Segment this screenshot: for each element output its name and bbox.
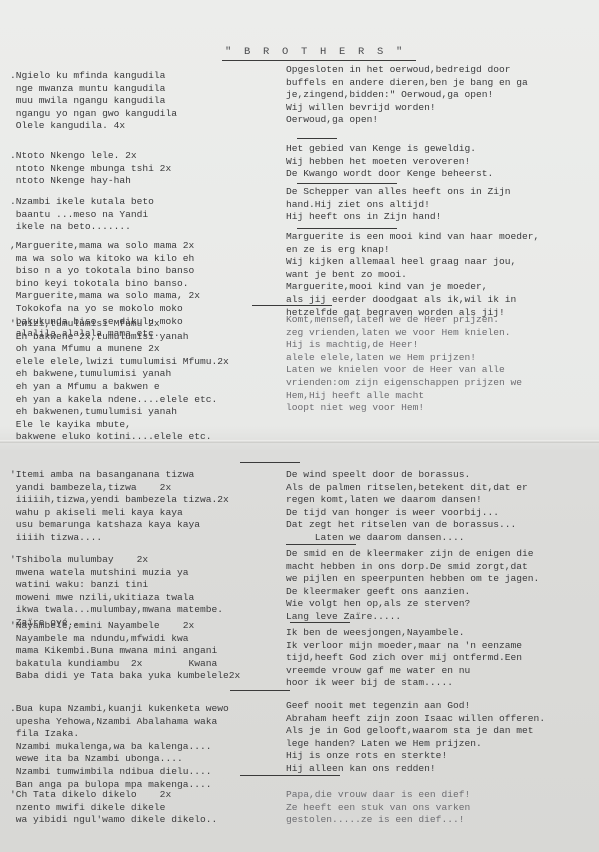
verse-line: Olele kangudila. 4x — [10, 120, 177, 133]
verse-line: elele elele,lwizi tumulumisi Mfumu.2x — [10, 356, 229, 369]
translation-line: regen komt,laten we daarom dansen! — [286, 494, 528, 507]
translation-line: zeg vrienden,laten we voor Hem knielen. — [286, 327, 522, 340]
dutch-translation: Opgesloten in het oerwoud,bedreigd doorb… — [286, 64, 528, 127]
verse-line: moweni mwe nzili,ukitiaza twala — [10, 592, 223, 605]
verse-line: eh bakwene,tumulumisi yanah — [10, 368, 229, 381]
section-divider — [286, 544, 356, 545]
verse-line: oh yana Mfumu a munene 2x — [10, 343, 229, 356]
translation-line: Abraham heeft zijn zoon Isaac willen off… — [286, 713, 545, 726]
verse-line: Ele le kayika mbute, — [10, 419, 229, 432]
section-divider — [240, 462, 300, 463]
verse-line: nge mwanza muntu kangudila — [10, 83, 177, 96]
verse-line: fila Izaka. — [10, 728, 229, 741]
document-title: " B R O T H E R S " — [222, 46, 416, 61]
verse-line: ikwa twala...mulumbay,mwana matembe. — [10, 604, 223, 617]
verse-line: iiiiih,tizwa,yendi bambezela tizwa.2x — [10, 494, 229, 507]
translation-line: Als je in God gelooft,waarom sta je dan … — [286, 725, 545, 738]
verse-line: bakwene eluko kotini....elele etc. — [10, 431, 229, 444]
verse-line: Nzambi mukalenga,wa ba kalenga.... — [10, 741, 229, 754]
lingala-verse: 'Tshibola mulumbay 2x mwena watela mutsh… — [10, 554, 223, 630]
verse-line: ntoto Nkenge hay-hah — [10, 175, 171, 188]
verse-line: upesha Yehowa,Nzambi Abalahama waka — [10, 716, 229, 729]
translation-line: De Kwango wordt door Kenge beheerst. — [286, 168, 493, 181]
translation-line: Laten we knielen voor de Heer van alle — [286, 364, 522, 377]
dutch-translation: Het gebied van Kenge is geweldig.Wij heb… — [286, 143, 493, 181]
verse-line: baantu ...meso na Yandi — [10, 209, 154, 222]
lingala-verse: .Ntoto Nkengo lele. 2x ntoto Nkenge mbun… — [10, 150, 171, 188]
verse-line: .Bua kupa Nzambi,kuanji kukenketa wewo — [10, 703, 229, 716]
verse-line: 'Nayambele,emini Nayambele 2x — [10, 620, 240, 633]
verse-line: muu mwila ngangu kangudila — [10, 95, 177, 108]
verse-line: .Ntoto Nkengo lele. 2x — [10, 150, 171, 163]
translation-line: Opgesloten in het oerwoud,bedreigd door — [286, 64, 528, 77]
translation-line: Hij heeft ons in Zijn hand! — [286, 211, 511, 224]
lingala-verse: .Bua kupa Nzambi,kuanji kukenketa wewo u… — [10, 703, 229, 791]
translation-line: Oerwoud,ga open! — [286, 114, 528, 127]
translation-line: De Schepper van alles heeft ons in Zijn — [286, 186, 511, 199]
translation-line: macht hebben in ons dorp.De smid zorgt,d… — [286, 561, 539, 574]
verse-line: ,Marguerite,mama wa solo mama 2x — [10, 240, 200, 253]
section-divider — [297, 183, 397, 184]
translation-line: tijd,heeft God zich over mij ontfermd.Ee… — [286, 652, 522, 665]
section-divider — [290, 622, 350, 623]
verse-line: .Nzambi ikele kutala beto — [10, 196, 154, 209]
verse-line: Nzambi tumwimbila ndibua dielu.... — [10, 766, 229, 779]
dutch-translation: Papa,die vrouw daar is een dief!Ze heeft… — [286, 789, 470, 827]
translation-line: hoor ik weer bij de stam..... — [286, 677, 522, 690]
translation-line: De wind speelt door de borassus. — [286, 469, 528, 482]
translation-line: Als de palmen ritselen,betekent dit,dat … — [286, 482, 528, 495]
section-divider — [230, 690, 290, 691]
translation-line: Dat zegt het ritselen van de borassus... — [286, 519, 528, 532]
verse-line: mama Kikembi.Buna mwana mini angani — [10, 645, 240, 658]
verse-line: wewe ita ba Nzambi ubonga.... — [10, 753, 229, 766]
verse-line: watini waku: banzi tini — [10, 579, 223, 592]
verse-line: Baba didi ye Tata baka yuka kumbelele2x — [10, 670, 240, 683]
section-divider — [252, 305, 332, 306]
verse-line: eh yan a kakela ndene....elele etc. — [10, 394, 229, 407]
verse-line: ntoto Nkenge mbunga tshi 2x — [10, 163, 171, 176]
translation-line: je,zingend,bidden:" Oerwoud,ga open! — [286, 89, 528, 102]
verse-line: eh yan a Mfumu a bakwen e — [10, 381, 229, 394]
translation-line: Marguerite,mooi kind van je moeder, — [286, 281, 539, 294]
translation-line: De smid en de kleermaker zijn de enigen … — [286, 548, 539, 561]
verse-line: 'Tshibola mulumbay 2x — [10, 554, 223, 567]
section-divider — [297, 228, 397, 229]
translation-line: want je bent zo mooi. — [286, 269, 539, 282]
verse-line: .Ngielo ku mfinda kangudila — [10, 70, 177, 83]
verse-line: Marguerite,mama wa solo mama, 2x — [10, 290, 200, 303]
verse-line: wahu p akiseli meli kaya kaya — [10, 507, 229, 520]
translation-line: Het gebied van Kenge is geweldig. — [286, 143, 493, 156]
translation-line: Marguerite is een mooi kind van haar moe… — [286, 231, 539, 244]
translation-line: gestolen.....ze is een dief...! — [286, 814, 470, 827]
typewritten-page: " B R O T H E R S " .Ngielo ku mfinda ka… — [0, 0, 599, 852]
translation-line: Ik verloor mijn moeder,maar na 'n eenzam… — [286, 640, 522, 653]
translation-line: vreemde vrouw gaf me water en nu — [286, 665, 522, 678]
lingala-verse: 'Itemi amba na basanganana tizwa yandi b… — [10, 469, 229, 545]
translation-line: Ze heeft een stuk van ons varken — [286, 802, 470, 815]
verse-line: 'Ch Tata dikelo dikelo 2x — [10, 789, 217, 802]
lingala-verse: 'Lwizi,tumulumisi Mfumu 2x Eh bakwene 2x… — [10, 318, 229, 444]
translation-line: De tijd van honger is weer voorbij... — [286, 507, 528, 520]
verse-line: ma wa solo wa kitoko wa kilo eh — [10, 253, 200, 266]
section-divider — [240, 775, 340, 776]
dutch-translation: Geef nooit met tegenzin aan God!Abraham … — [286, 700, 545, 776]
verse-line: usu bemarunga katshaza kaya kaya — [10, 519, 229, 532]
dutch-translation: Komt,mensen,laten we de Heer prijzen.zeg… — [286, 314, 522, 415]
dutch-translation: De wind speelt door de borassus.Als de p… — [286, 469, 528, 545]
translation-line: Geef nooit met tegenzin aan God! — [286, 700, 545, 713]
translation-line: Wij willen bevrijd worden! — [286, 102, 528, 115]
verse-line: Eh bakwene 2x,tumulumisi yanah — [10, 331, 229, 344]
verse-line: eh bakwenen,tumulumisi yanah — [10, 406, 229, 419]
verse-line: Nayambele ma ndundu,mfwidi kwa — [10, 633, 240, 646]
verse-line: 'Lwizi,tumulumisi Mfumu 2x — [10, 318, 229, 331]
translation-line: Wie volgt hen op,als ze sterven? — [286, 598, 539, 611]
translation-line: en ze is erg knap! — [286, 244, 539, 257]
translation-line: Hij alleen kan ons redden! — [286, 763, 545, 776]
translation-line: Hij is machtig,de Heer! — [286, 339, 522, 352]
dutch-translation: Ik ben de weesjongen,Nayambele.Ik verloo… — [286, 627, 522, 690]
verse-line: mwena watela mutshini muzia ya — [10, 567, 223, 580]
lingala-verse: 'Nayambele,emini Nayambele 2x Nayambele … — [10, 620, 240, 683]
verse-line: wa yibidi ngul'wamo dikele dikelo.. — [10, 814, 217, 827]
translation-line: Wij hebben het moeten veroveren! — [286, 156, 493, 169]
translation-line: buffels en andere dieren,ben je bang en … — [286, 77, 528, 90]
verse-line: iiiih tizwa.... — [10, 532, 229, 545]
verse-line: 'Itemi amba na basanganana tizwa — [10, 469, 229, 482]
verse-line: biso n a yo tokotala bino banso — [10, 265, 200, 278]
verse-line: Tokokofa na yo se mokolo moko — [10, 303, 200, 316]
lingala-verse: .Ngielo ku mfinda kangudila nge mwanza m… — [10, 70, 177, 133]
lingala-verse: 'Ch Tata dikelo dikelo 2x nzento mwifi d… — [10, 789, 217, 827]
dutch-translation: De Schepper van alles heeft ons in Zijnh… — [286, 186, 511, 224]
verse-line: bakatula kundiambu 2x Kwana — [10, 658, 240, 671]
translation-line: Laten we daarom dansen.... — [286, 532, 528, 545]
translation-line: Ik ben de weesjongen,Nayambele. — [286, 627, 522, 640]
verse-line: ngangu yo ngan gwo kangudila — [10, 108, 177, 121]
translation-line: we pijlen en speerpunten hebben om te ja… — [286, 573, 539, 586]
translation-line: lege handen? Laten we Hem prijzen. — [286, 738, 545, 751]
dutch-translation: De smid en de kleermaker zijn de enigen … — [286, 548, 539, 624]
translation-line: Hij is onze rots en sterkte! — [286, 750, 545, 763]
section-divider — [297, 138, 337, 139]
translation-line: hand.Hij ziet ons altijd! — [286, 199, 511, 212]
translation-line: vrienden:om zijn eigenschappen prijzen w… — [286, 377, 522, 390]
translation-line: alele elele,laten we Hem prijzen! — [286, 352, 522, 365]
verse-line: yandi bambezela,tizwa 2x — [10, 482, 229, 495]
verse-line: bino keyi tokotala bino banso. — [10, 278, 200, 291]
translation-line: loopt niet weg voor Hem! — [286, 402, 522, 415]
translation-line: Komt,mensen,laten we de Heer prijzen. — [286, 314, 522, 327]
translation-line: Papa,die vrouw daar is een dief! — [286, 789, 470, 802]
verse-line: nzento mwifi dikele dikele — [10, 802, 217, 815]
verse-line: ikele na beto....... — [10, 221, 154, 234]
lingala-verse: .Nzambi ikele kutala beto baantu ...meso… — [10, 196, 154, 234]
translation-line: Hem,Hij heeft alle macht — [286, 390, 522, 403]
translation-line: De kleermaker geeft ons aanzien. — [286, 586, 539, 599]
translation-line: Wij kijken allemaal heel graag naar jou, — [286, 256, 539, 269]
